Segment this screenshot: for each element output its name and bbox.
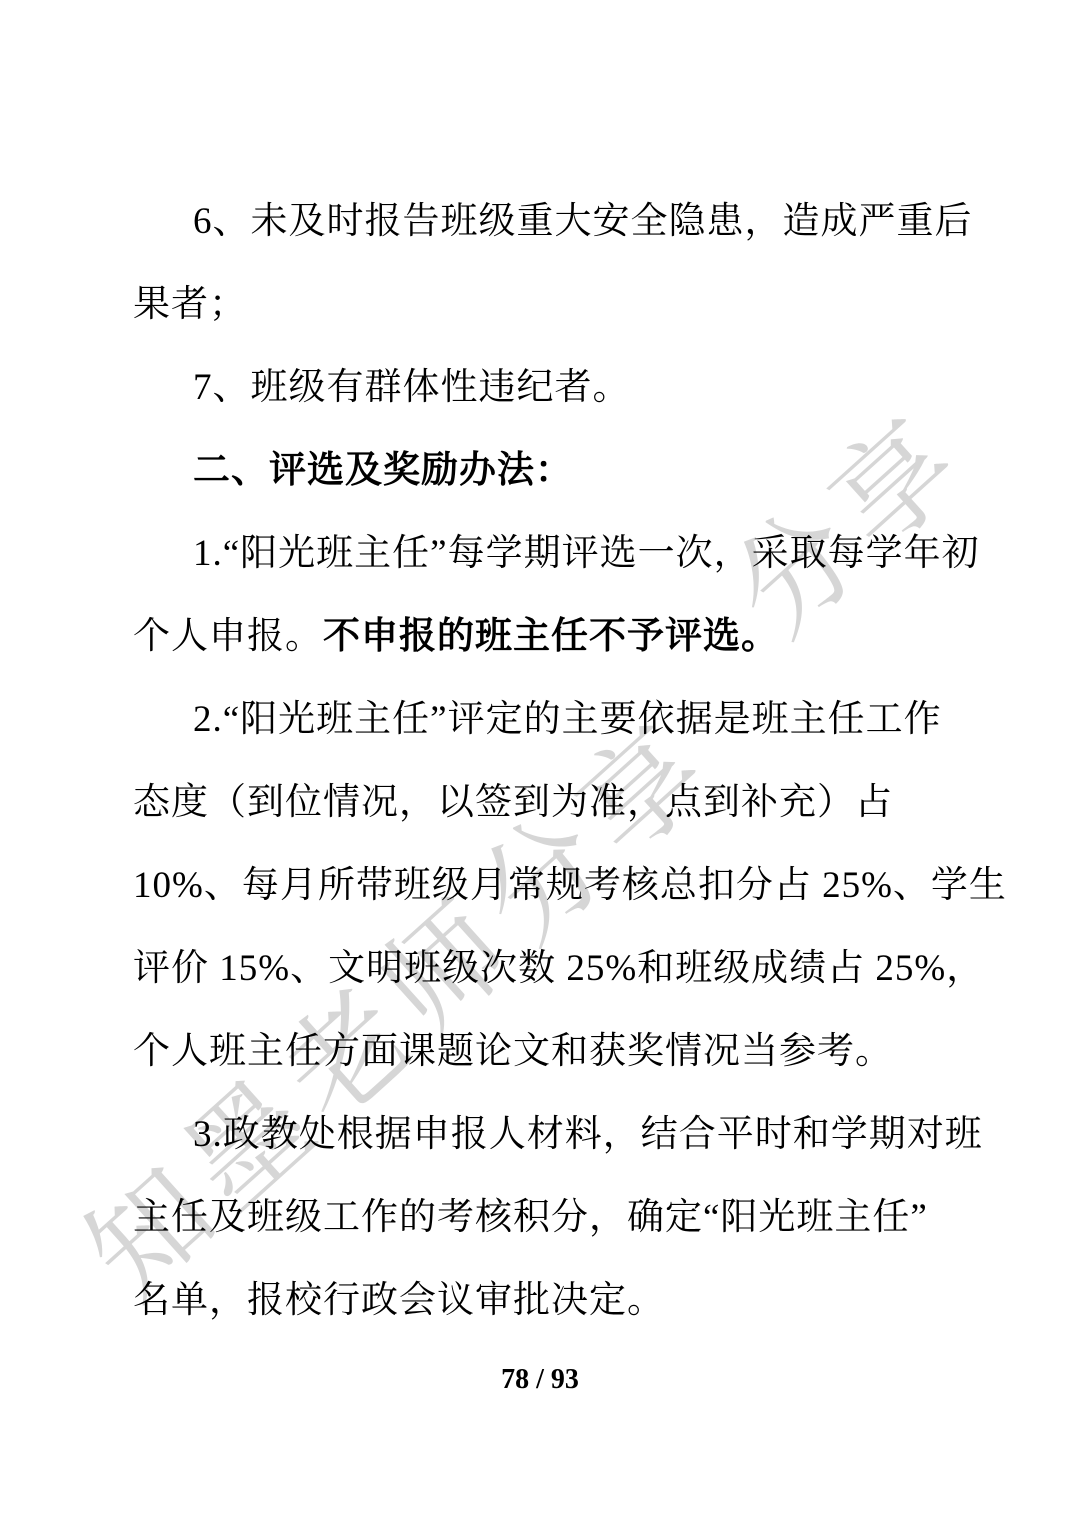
text-line: 态度（到位情况，以签到为准，点到补充）占 (133, 761, 947, 844)
text-line: 2.“阳光班主任”评定的主要依据是班主任工作 (133, 678, 947, 761)
text-segment: 二、评选及奖励办法： (193, 450, 573, 491)
text-line: 果者； (133, 263, 947, 346)
text-line: 主任及班级工作的考核积分，确定“阳光班主任” (133, 1176, 947, 1259)
text-segment: 评价 15%、文明班级次数 25%和班级成绩占 25%， (133, 948, 984, 989)
section-heading: 二、评选及奖励办法： (133, 429, 947, 512)
page-number: 78 / 93 (0, 1360, 1080, 1400)
text-line: 名单，报校行政会议审批决定。 (133, 1259, 947, 1342)
text-segment-bold: 不申报的班主任不予评选。 (323, 616, 779, 657)
text-line: 7、班级有群体性违纪者。 (133, 346, 947, 429)
text-segment: 主任及班级工作的考核积分，确定“阳光班主任” (133, 1197, 928, 1238)
text-line: 评价 15%、文明班级次数 25%和班级成绩占 25%， (133, 927, 947, 1010)
document-body: 6、未及时报告班级重大安全隐患，造成严重后 果者； 7、班级有群体性违纪者。 二… (0, 0, 1080, 1342)
text-segment: 态度（到位情况，以签到为准，点到补充）占 (133, 782, 893, 823)
text-line: 10%、每月所带班级月常规考核总扣分占 25%、学生 (133, 844, 947, 927)
text-segment: 7、班级有群体性违纪者。 (193, 367, 631, 408)
text-segment: 3.政教处根据申报人材料，结合平时和学期对班 (193, 1114, 983, 1155)
text-line: 个人班主任方面课题论文和获奖情况当参考。 (133, 1010, 947, 1093)
text-segment: 个人班主任方面课题论文和获奖情况当参考。 (133, 1031, 893, 1072)
text-segment: 6、未及时报告班级重大安全隐患，造成严重后 (193, 201, 973, 242)
text-segment: 个人申报。 (133, 616, 323, 657)
text-segment: 1.“阳光班主任”每学期评选一次，采取每学年初 (193, 533, 980, 574)
page-number-text: 78 / 93 (501, 1364, 579, 1395)
text-segment: 果者； (133, 284, 247, 325)
text-line: 个人申报。不申报的班主任不予评选。 (133, 595, 947, 678)
text-line: 6、未及时报告班级重大安全隐患，造成严重后 (133, 180, 947, 263)
text-segment: 2.“阳光班主任”评定的主要依据是班主任工作 (193, 699, 942, 740)
text-segment: 10%、每月所带班级月常规考核总扣分占 25%、学生 (133, 865, 1007, 906)
text-segment: 名单，报校行政会议审批决定。 (133, 1280, 665, 1321)
document-page: 知墨老师分享 分享 6、未及时报告班级重大安全隐患，造成严重后 果者； 7、班级… (0, 0, 1080, 1532)
text-line: 1.“阳光班主任”每学期评选一次，采取每学年初 (133, 512, 947, 595)
text-line: 3.政教处根据申报人材料，结合平时和学期对班 (133, 1093, 947, 1176)
